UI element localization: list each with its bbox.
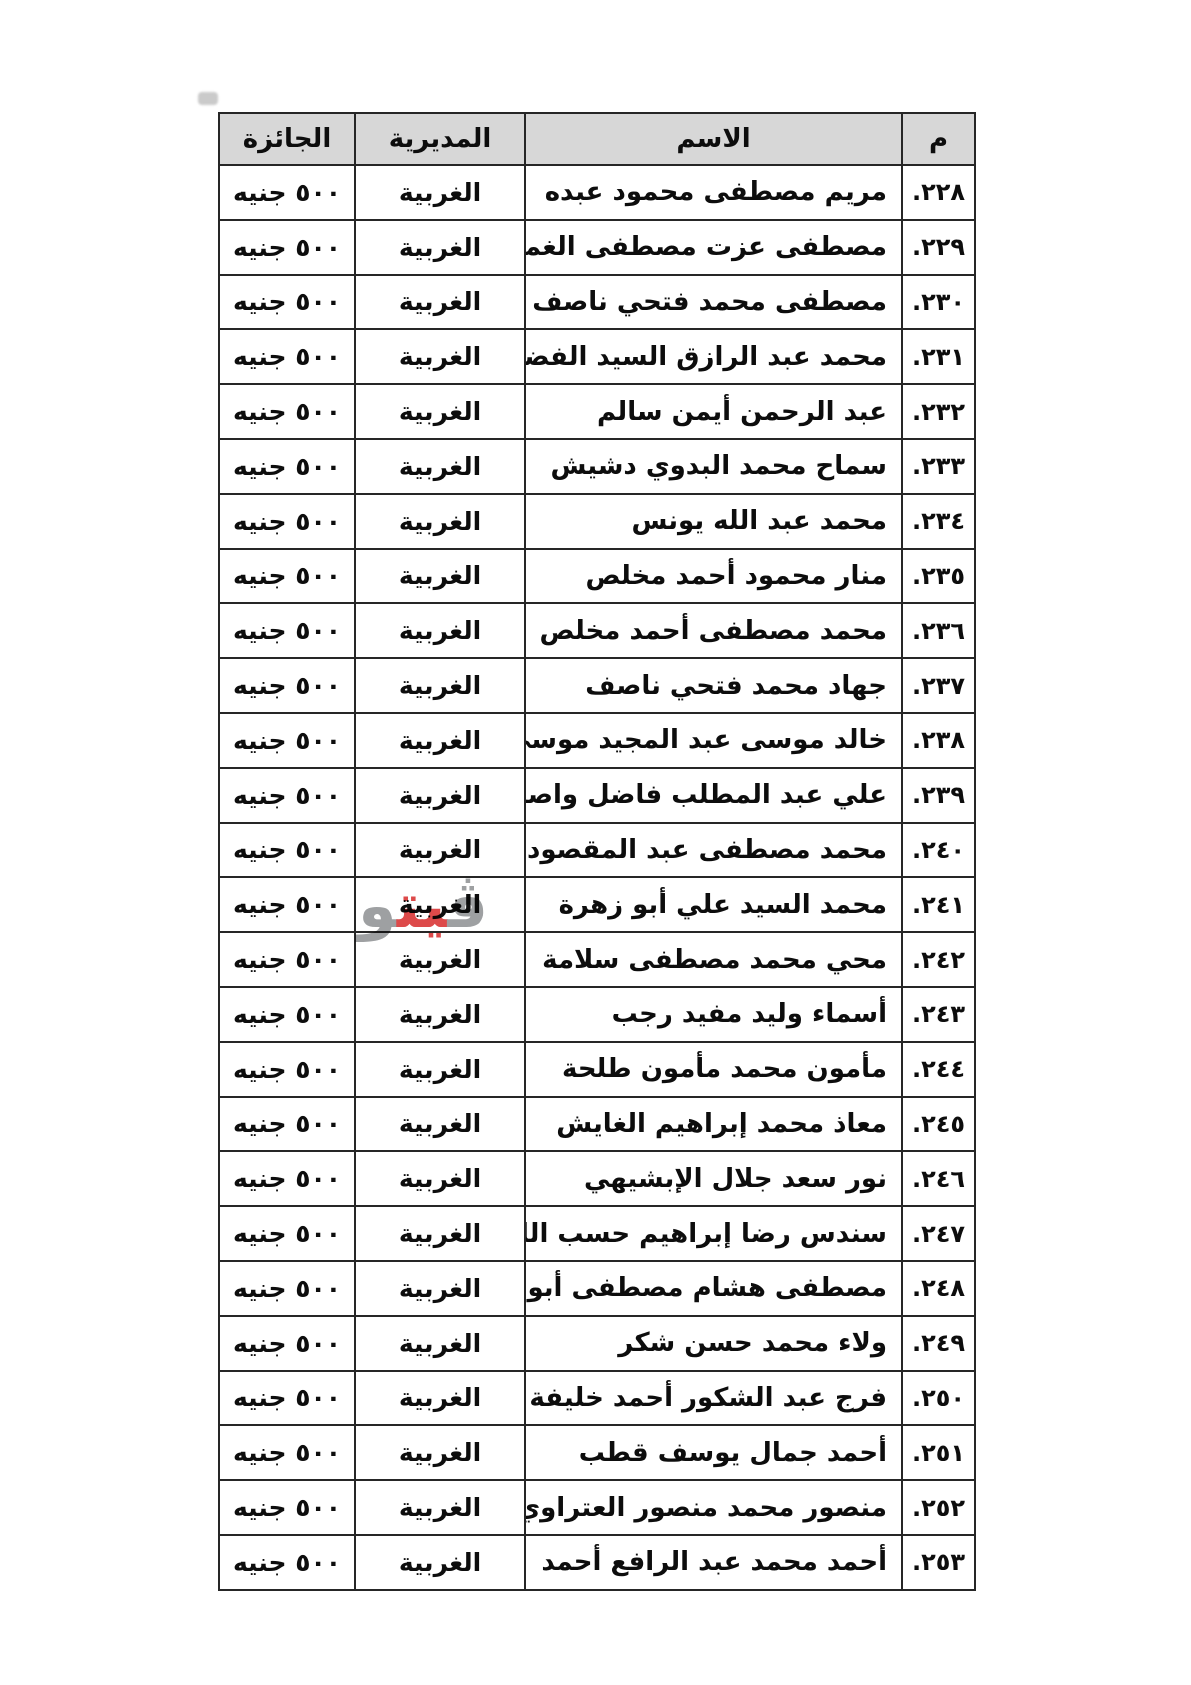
- row-prize: ٥٠٠ جنيه: [219, 823, 355, 878]
- row-prize: ٥٠٠ جنيه: [219, 384, 355, 439]
- table-row: ٢٣٤. محمد عبد الله يونس الغربية ٥٠٠ جنيه: [219, 494, 975, 549]
- row-name: محمد عبد الله يونس: [525, 494, 902, 549]
- table-row: ٢٣٥. منار محمود أحمد مخلص الغربية ٥٠٠ جن…: [219, 549, 975, 604]
- row-number: ٢٣٧.: [902, 658, 975, 713]
- scan-smudge: [198, 92, 218, 105]
- row-name: مأمون محمد مأمون طلحة: [525, 1042, 902, 1097]
- row-prize: ٥٠٠ جنيه: [219, 329, 355, 384]
- table-row: ٢٤٠. محمد مصطفى عبد المقصود عواض الغربية…: [219, 823, 975, 878]
- row-number: ٢٣٥.: [902, 549, 975, 604]
- row-name: محمد عبد الرازق السيد الفضالي: [525, 329, 902, 384]
- row-name: منار محمود أحمد مخلص: [525, 549, 902, 604]
- row-directorate: الغربية: [355, 384, 525, 439]
- row-name: ولاء محمد حسن شكر: [525, 1316, 902, 1371]
- row-number: ٢٣٤.: [902, 494, 975, 549]
- row-name: عبد الرحمن أيمن سالم: [525, 384, 902, 439]
- table-row: ٢٣٧. جهاد محمد فتحي ناصف الغربية ٥٠٠ جني…: [219, 658, 975, 713]
- row-number: ٢٣٣.: [902, 439, 975, 494]
- row-prize: ٥٠٠ جنيه: [219, 1097, 355, 1152]
- row-name: محمد مصطفى عبد المقصود عواض: [525, 823, 902, 878]
- row-directorate: الغربية: [355, 932, 525, 987]
- row-prize: ٥٠٠ جنيه: [219, 220, 355, 275]
- row-directorate: الغربية: [355, 165, 525, 220]
- row-number: ٢٣٨.: [902, 713, 975, 768]
- row-number: ٢٣١.: [902, 329, 975, 384]
- row-number: ٢٥١.: [902, 1425, 975, 1480]
- row-directorate: الغربية: [355, 823, 525, 878]
- row-prize: ٥٠٠ جنيه: [219, 165, 355, 220]
- row-name: سندس رضا إبراهيم حسب الله: [525, 1206, 902, 1261]
- row-prize: ٥٠٠ جنيه: [219, 877, 355, 932]
- table-row: ٢٣٩. علي عبد المطلب فاضل واصل الغربية ٥٠…: [219, 768, 975, 823]
- row-prize: ٥٠٠ جنيه: [219, 1261, 355, 1316]
- table-row: ٢٥٠. فرج عبد الشكور أحمد خليفة الغربية ٥…: [219, 1371, 975, 1426]
- row-directorate: الغربية: [355, 220, 525, 275]
- row-number: ٢٥٠.: [902, 1371, 975, 1426]
- row-name: نور سعد جلال الإبشيهي: [525, 1151, 902, 1206]
- row-directorate: الغربية: [355, 877, 525, 932]
- row-prize: ٥٠٠ جنيه: [219, 1425, 355, 1480]
- row-directorate: الغربية: [355, 1151, 525, 1206]
- row-name: أسماء وليد مفيد رجب: [525, 987, 902, 1042]
- row-prize: ٥٠٠ جنيه: [219, 1042, 355, 1097]
- document-page: م الاسم المديرية الجائزة ٢٢٨. مريم مصطفى…: [0, 0, 1191, 1685]
- header-number: م: [902, 113, 975, 165]
- row-name: محي محمد مصطفى سلامة: [525, 932, 902, 987]
- table-body: ٢٢٨. مريم مصطفى محمود عبده الغربية ٥٠٠ ج…: [219, 165, 975, 1590]
- row-directorate: الغربية: [355, 1316, 525, 1371]
- table-row: ٢٥٣. أحمد محمد عبد الرافع أحمد الغربية ٥…: [219, 1535, 975, 1590]
- table-row: ٢٣١. محمد عبد الرازق السيد الفضالي الغرب…: [219, 329, 975, 384]
- row-directorate: الغربية: [355, 1425, 525, 1480]
- row-prize: ٥٠٠ جنيه: [219, 1151, 355, 1206]
- table-row: ٢٤٧. سندس رضا إبراهيم حسب الله الغربية ٥…: [219, 1206, 975, 1261]
- row-directorate: الغربية: [355, 713, 525, 768]
- row-prize: ٥٠٠ جنيه: [219, 439, 355, 494]
- row-number: ٢٢٩.: [902, 220, 975, 275]
- header-name: الاسم: [525, 113, 902, 165]
- table-row: ٢٢٩. مصطفى عزت مصطفى الغمري الغربية ٥٠٠ …: [219, 220, 975, 275]
- row-number: ٢٥٣.: [902, 1535, 975, 1590]
- row-number: ٢٣٦.: [902, 603, 975, 658]
- table-row: ٢٣٢. عبد الرحمن أيمن سالم الغربية ٥٠٠ جن…: [219, 384, 975, 439]
- row-name: أحمد جمال يوسف قطب: [525, 1425, 902, 1480]
- row-directorate: الغربية: [355, 1535, 525, 1590]
- row-number: ٢٤٠.: [902, 823, 975, 878]
- header-row: م الاسم المديرية الجائزة: [219, 113, 975, 165]
- table-row: ٢٤٩. ولاء محمد حسن شكر الغربية ٥٠٠ جنيه: [219, 1316, 975, 1371]
- row-name: منصور محمد منصور العتراوي: [525, 1480, 902, 1535]
- row-name: محمد السيد علي أبو زهرة: [525, 877, 902, 932]
- row-name: خالد موسى عبد المجيد موسى: [525, 713, 902, 768]
- row-directorate: الغربية: [355, 329, 525, 384]
- row-prize: ٥٠٠ جنيه: [219, 603, 355, 658]
- winners-table: م الاسم المديرية الجائزة ٢٢٨. مريم مصطفى…: [218, 112, 976, 1591]
- row-directorate: الغربية: [355, 987, 525, 1042]
- table-row: ٢٥٢. منصور محمد منصور العتراوي الغربية ٥…: [219, 1480, 975, 1535]
- table-row: ٢٤٥. معاذ محمد إبراهيم الغايش الغربية ٥٠…: [219, 1097, 975, 1152]
- row-prize: ٥٠٠ جنيه: [219, 987, 355, 1042]
- row-number: ٢٤٢.: [902, 932, 975, 987]
- row-number: ٢٤٨.: [902, 1261, 975, 1316]
- row-name: فرج عبد الشكور أحمد خليفة: [525, 1371, 902, 1426]
- row-directorate: الغربية: [355, 603, 525, 658]
- row-prize: ٥٠٠ جنيه: [219, 275, 355, 330]
- row-name: أحمد محمد عبد الرافع أحمد: [525, 1535, 902, 1590]
- row-directorate: الغربية: [355, 658, 525, 713]
- row-directorate: الغربية: [355, 1480, 525, 1535]
- row-prize: ٥٠٠ جنيه: [219, 1206, 355, 1261]
- row-directorate: الغربية: [355, 1042, 525, 1097]
- row-prize: ٥٠٠ جنيه: [219, 713, 355, 768]
- row-name: جهاد محمد فتحي ناصف: [525, 658, 902, 713]
- table-row: ٢٢٨. مريم مصطفى محمود عبده الغربية ٥٠٠ ج…: [219, 165, 975, 220]
- row-name: محمد مصطفى أحمد مخلص: [525, 603, 902, 658]
- row-directorate: الغربية: [355, 494, 525, 549]
- table-row: ٢٤٦. نور سعد جلال الإبشيهي الغربية ٥٠٠ ج…: [219, 1151, 975, 1206]
- table-row: ٢٤٨. مصطفى هشام مصطفى أبو النيل الغربية …: [219, 1261, 975, 1316]
- row-directorate: الغربية: [355, 439, 525, 494]
- row-name: علي عبد المطلب فاضل واصل: [525, 768, 902, 823]
- row-number: ٢٤١.: [902, 877, 975, 932]
- header-directorate: المديرية: [355, 113, 525, 165]
- row-name: معاذ محمد إبراهيم الغايش: [525, 1097, 902, 1152]
- table-row: ٢٤٢. محي محمد مصطفى سلامة الغربية ٥٠٠ جن…: [219, 932, 975, 987]
- row-number: ٢٤٤.: [902, 1042, 975, 1097]
- row-number: ٢٤٥.: [902, 1097, 975, 1152]
- row-prize: ٥٠٠ جنيه: [219, 1535, 355, 1590]
- row-name: مصطفى عزت مصطفى الغمري: [525, 220, 902, 275]
- header-prize: الجائزة: [219, 113, 355, 165]
- row-prize: ٥٠٠ جنيه: [219, 494, 355, 549]
- row-prize: ٥٠٠ جنيه: [219, 658, 355, 713]
- row-directorate: الغربية: [355, 1206, 525, 1261]
- row-name: مصطفى هشام مصطفى أبو النيل: [525, 1261, 902, 1316]
- row-number: ٢٥٢.: [902, 1480, 975, 1535]
- table-header: م الاسم المديرية الجائزة: [219, 113, 975, 165]
- row-directorate: الغربية: [355, 1371, 525, 1426]
- table-row: ٢٥١. أحمد جمال يوسف قطب الغربية ٥٠٠ جنيه: [219, 1425, 975, 1480]
- row-number: ٢٤٣.: [902, 987, 975, 1042]
- row-name: مريم مصطفى محمود عبده: [525, 165, 902, 220]
- row-number: ٢٣٢.: [902, 384, 975, 439]
- table-row: ٢٤٤. مأمون محمد مأمون طلحة الغربية ٥٠٠ ج…: [219, 1042, 975, 1097]
- row-name: مصطفى محمد فتحي ناصف: [525, 275, 902, 330]
- row-number: ٢٤٩.: [902, 1316, 975, 1371]
- row-number: ٢٣٩.: [902, 768, 975, 823]
- row-number: ٢٤٧.: [902, 1206, 975, 1261]
- table-row: ٢٣٠. مصطفى محمد فتحي ناصف الغربية ٥٠٠ جن…: [219, 275, 975, 330]
- table-row: ٢٤١. محمد السيد علي أبو زهرة الغربية ٥٠٠…: [219, 877, 975, 932]
- row-directorate: الغربية: [355, 275, 525, 330]
- row-directorate: الغربية: [355, 549, 525, 604]
- row-name: سماح محمد البدوي دشيش: [525, 439, 902, 494]
- row-prize: ٥٠٠ جنيه: [219, 1316, 355, 1371]
- row-number: ٢٤٦.: [902, 1151, 975, 1206]
- row-directorate: الغربية: [355, 1261, 525, 1316]
- row-directorate: الغربية: [355, 1097, 525, 1152]
- row-number: ٢٢٨.: [902, 165, 975, 220]
- table-row: ٢٤٣. أسماء وليد مفيد رجب الغربية ٥٠٠ جني…: [219, 987, 975, 1042]
- row-prize: ٥٠٠ جنيه: [219, 1480, 355, 1535]
- row-prize: ٥٠٠ جنيه: [219, 932, 355, 987]
- row-prize: ٥٠٠ جنيه: [219, 1371, 355, 1426]
- row-prize: ٥٠٠ جنيه: [219, 768, 355, 823]
- table-row: ٢٣٨. خالد موسى عبد المجيد موسى الغربية ٥…: [219, 713, 975, 768]
- row-directorate: الغربية: [355, 768, 525, 823]
- table-row: ٢٣٣. سماح محمد البدوي دشيش الغربية ٥٠٠ ج…: [219, 439, 975, 494]
- row-number: ٢٣٠.: [902, 275, 975, 330]
- table-row: ٢٣٦. محمد مصطفى أحمد مخلص الغربية ٥٠٠ جن…: [219, 603, 975, 658]
- row-prize: ٥٠٠ جنيه: [219, 549, 355, 604]
